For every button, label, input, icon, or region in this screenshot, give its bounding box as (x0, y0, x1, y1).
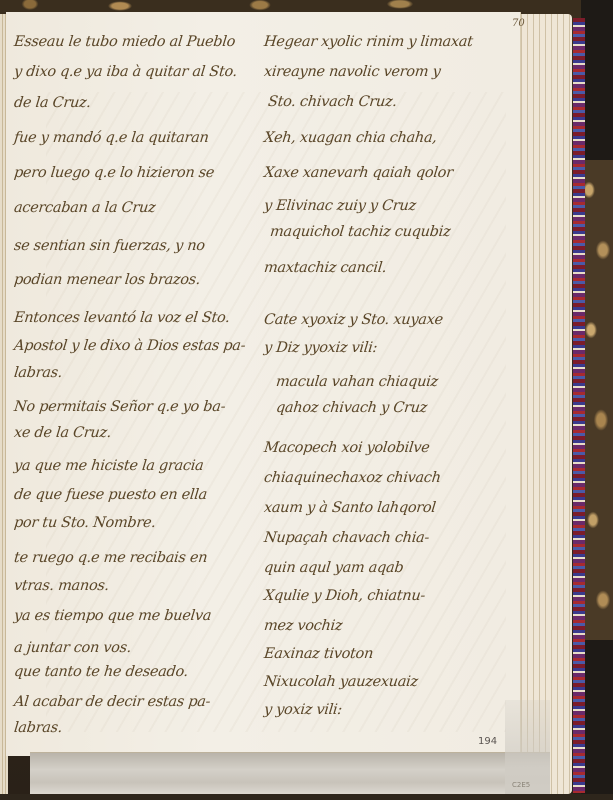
marbled-edge-strip (573, 18, 585, 793)
folio-number: 70 (512, 18, 525, 29)
text-line: qahoz chivach y Cruz (275, 400, 428, 416)
text-line: acercaban a la Cruz (13, 200, 156, 216)
text-line: maquichol tachiz cuqubiz (269, 224, 451, 240)
text-line: labras. (13, 720, 63, 736)
text-line: Cate xyoxiz y Sto. xuyaxe (263, 312, 443, 328)
book-cover-bottom (0, 794, 613, 800)
text-line: Sto. chivach Cruz. (267, 94, 397, 110)
text-line: ya es tiempo que me buelva (13, 608, 212, 624)
text-line: Nixucolah yauzexuaiz (263, 674, 418, 690)
text-line: y dixo q.e ya iba à quitar al Sto. (13, 64, 238, 80)
manuscript-page: 70 Esseau le tubo miedo al Pueblo y dixo… (6, 12, 520, 756)
text-line: quin aqul yam aqab (263, 560, 404, 576)
text-line: se sentian sin fuerzas, y no (13, 238, 205, 254)
text-line: xaum y à Santo lahqorol (263, 500, 436, 516)
text-line: chiaquinechaxoz chivach (263, 470, 441, 486)
library-stamp: C2E5 (512, 781, 530, 789)
text-line: podian menear los brazos. (13, 272, 201, 288)
cover-corner-top (581, 0, 613, 160)
text-line: Esseau le tubo miedo al Pueblo (13, 34, 236, 50)
text-line: ya que me hiciste la gracia (13, 458, 204, 474)
text-line: Nupaçah chavach chia- (263, 530, 430, 546)
cover-corner-bottom (581, 640, 613, 800)
text-line: macula vahan chiaquiz (275, 374, 439, 390)
text-line: Eaxinaz tivoton (263, 646, 374, 662)
text-line: Apostol y le dixo à Dios estas pa- (13, 338, 246, 354)
marbled-cover-board (581, 160, 613, 640)
text-line: Xeh, xuagan chia chaha, (263, 130, 437, 146)
text-line: Xqulie y Dioh, chiatnu- (263, 588, 426, 604)
text-line: mez vochiz (263, 618, 343, 634)
text-line: xireayne navolic verom y (263, 64, 441, 80)
text-line: y Diz yyoxiz vili: (263, 340, 378, 356)
text-line: Hegear xyolic rinim y limaxat (263, 34, 473, 50)
text-line: Entonces levantó la voz el Sto. (13, 310, 230, 326)
pencil-page-number: 194 (478, 736, 497, 747)
tissue-interleaf (30, 752, 550, 795)
text-line: labras. (13, 365, 63, 381)
text-line: xe de la Cruz. (13, 425, 112, 441)
text-line: No permitais Señor q.e yo ba- (13, 399, 226, 415)
text-line: de que fuese puesto en ella (13, 487, 208, 503)
text-line: de la Cruz. (13, 95, 91, 111)
text-line: por tu Sto. Nombre. (13, 515, 156, 531)
text-line: que tanto te he deseado. (13, 664, 189, 680)
text-line: pero luego q.e lo hizieron se (13, 165, 215, 181)
text-line: Xaxe xanevarh qaiah qolor (263, 165, 453, 181)
stacked-leaves (516, 14, 572, 794)
text-line: y yoxiz vili: (263, 702, 343, 718)
text-line: Al acabar de decir estas pa- (13, 694, 211, 710)
text-line: a juntar con vos. (13, 640, 132, 656)
tissue-interleaf-corner (505, 700, 550, 794)
text-line: Macopech xoi yolobilve (263, 440, 430, 456)
text-line: vtras. manos. (13, 578, 110, 594)
text-line: fue y mandó q.e la quitaran (13, 130, 209, 146)
text-line: maxtachiz cancil. (263, 260, 387, 276)
text-line: te ruego q.e me recibais en (13, 550, 208, 566)
text-line: y Elivinac zuiy y Cruz (263, 198, 417, 214)
